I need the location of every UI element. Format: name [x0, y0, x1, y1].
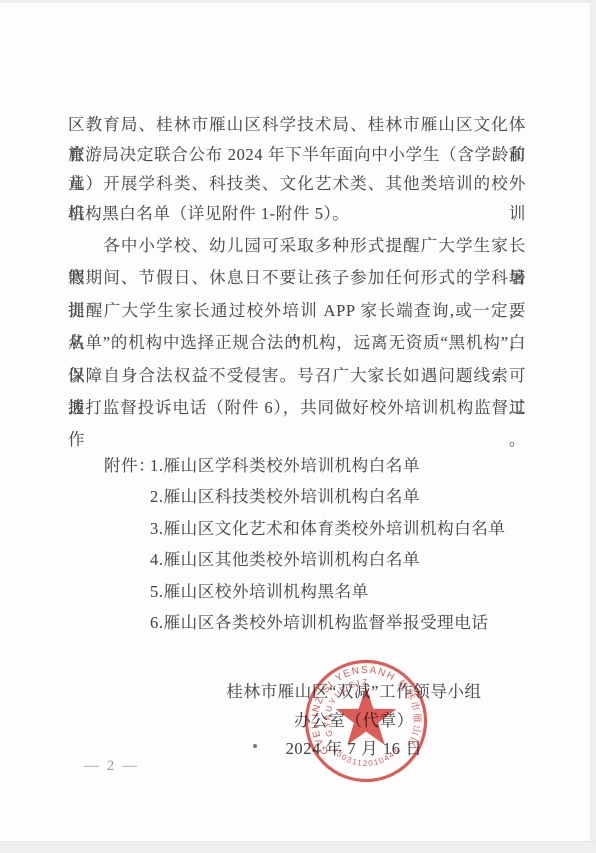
body-line: 各中小学校、幼儿园可采取多种形式提醒广大学生家长寒暑: [68, 230, 526, 262]
page-number: — 2 —: [84, 758, 139, 775]
seal-star-icon: [336, 687, 397, 745]
body-line: 名单”的机构中选择正规合法的机构，远离无资质“黑机构”，以: [68, 327, 526, 359]
body-line: 拨打监督投诉电话（附件 6），共同做好校外培训机构监督工作。: [68, 392, 526, 424]
scan-edge-top: [0, 0, 596, 3]
attachment-item: 4.雁山区其他类校外培训机构白名单: [150, 544, 526, 575]
attachments-label: 附件：: [104, 450, 155, 481]
body-line: 假期间、节假日、休息日不要让孩子参加任何形式的学科培训，: [68, 262, 526, 294]
body-line: 童）开展学科类、科技类、文化艺术类、其他类培训的校外培训: [68, 169, 526, 199]
attachment-item: 2.雁山区科技类校外培训机构白名单: [150, 481, 526, 512]
attachment-item: 1.雁山区学科类校外培训机构白名单: [150, 450, 526, 481]
official-seal: GVEILINZ SI YENSANH 桂林市雁山区 GYAUYUZGIZ 45…: [296, 649, 436, 797]
body-line: 提醒广大学生家长通过校外培训 APP 家长端查询,或一定要从“白: [68, 295, 526, 327]
scan-edge-right: [590, 0, 596, 853]
body-line: 区教育局、桂林市雁山区科学技术局、桂林市雁山区文化体育和: [68, 110, 526, 140]
body-line: 保障自身合法权益不受侵害。号召广大家长如遇问题线索可通过: [68, 360, 526, 392]
body-paragraph-1: 区教育局、桂林市雁山区科学技术局、桂林市雁山区文化体育和 旅游局决定联合公布 2…: [68, 110, 526, 228]
attachment-item: 6.雁山区各类校外培训机构监督举报受理电话: [150, 607, 526, 638]
scanned-document-page: 区教育局、桂林市雁山区科学技术局、桂林市雁山区文化体育和 旅游局决定联合公布 2…: [0, 0, 596, 853]
seal-serial-number: 4503112010443: [331, 746, 402, 768]
attachments-list: 附件： 1.雁山区学科类校外培训机构白名单 2.雁山区科技类校外培训机构白名单 …: [68, 450, 526, 638]
body-paragraph-2: 各中小学校、幼儿园可采取多种形式提醒广大学生家长寒暑 假期间、节假日、休息日不要…: [68, 230, 526, 424]
attachment-item: 5.雁山区校外培训机构黑名单: [150, 576, 526, 607]
ink-dot: [253, 744, 257, 748]
attachment-item: 3.雁山区文化艺术和体育类校外培训机构白名单: [150, 513, 526, 544]
scan-edge-bottom: [0, 841, 596, 853]
body-line: 旅游局决定联合公布 2024 年下半年面向中小学生（含学龄前儿: [68, 140, 526, 170]
